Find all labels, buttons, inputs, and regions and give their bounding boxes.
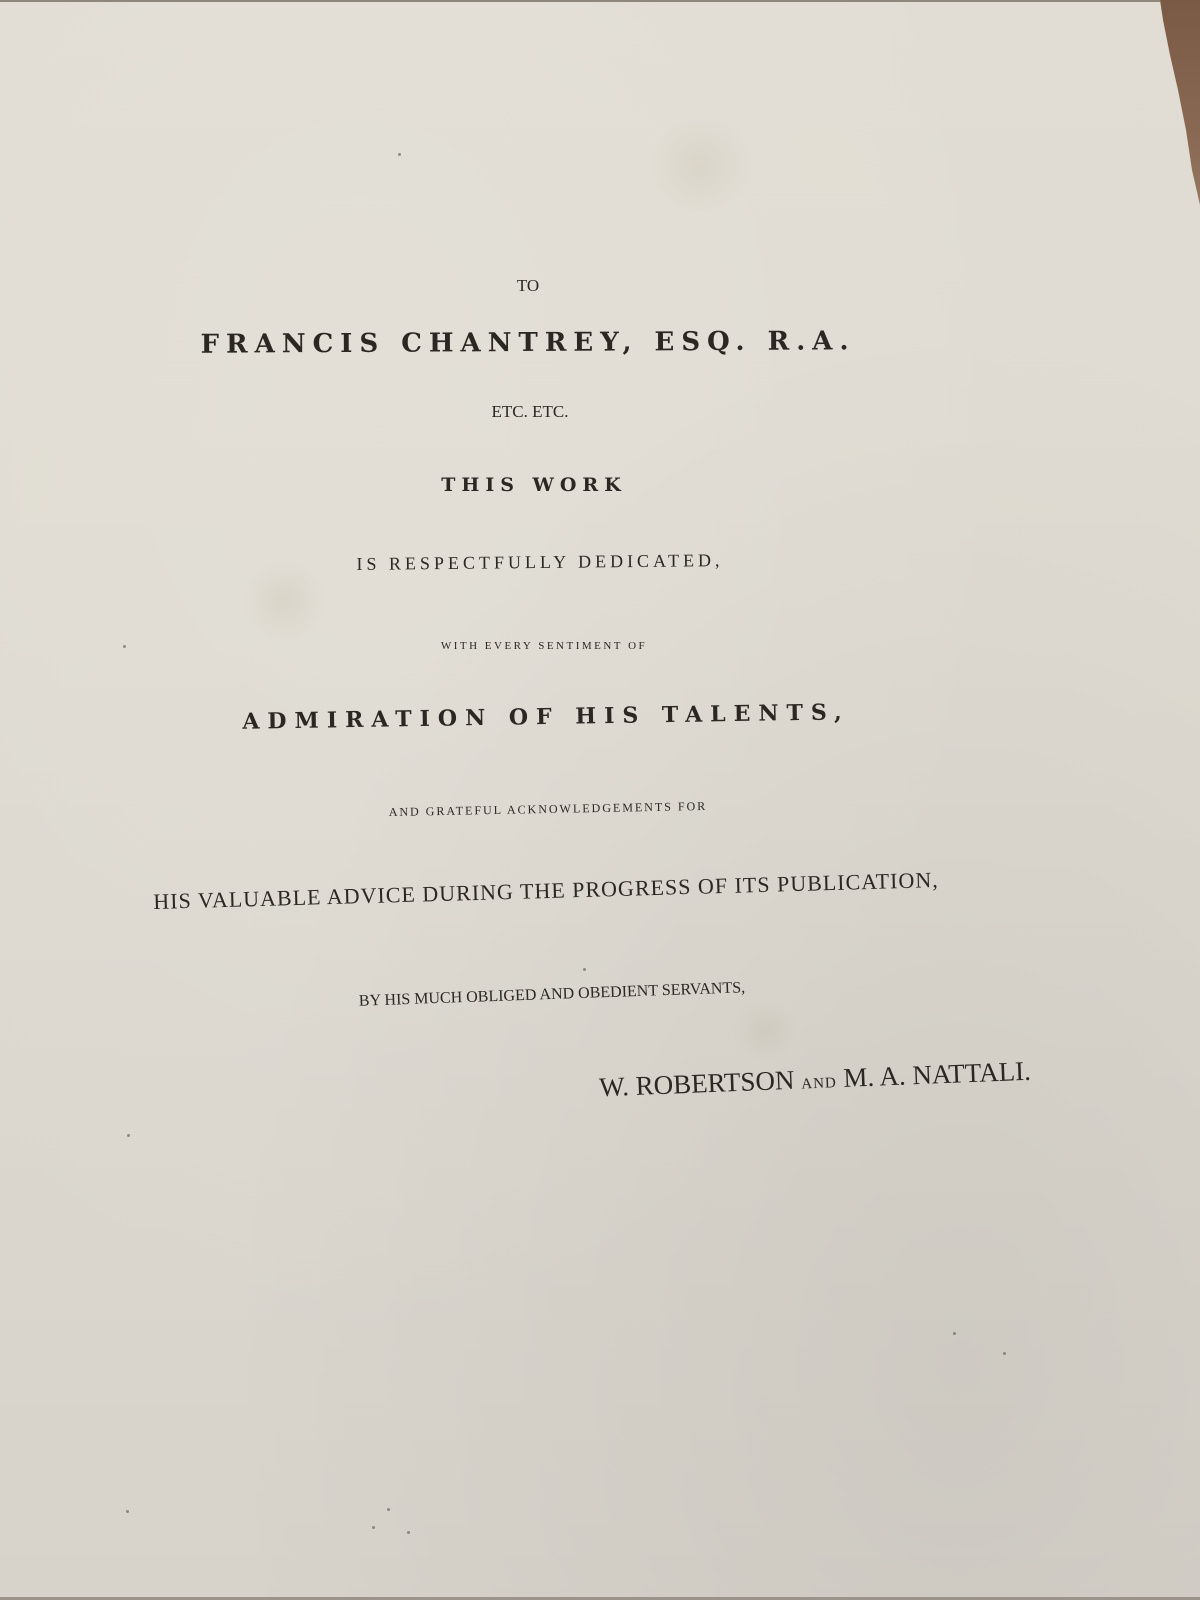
paper-stain (730, 1000, 800, 1060)
page-top-edge (0, 0, 1160, 2)
paper-speck (1003, 1352, 1006, 1355)
paper-speck (387, 1508, 390, 1511)
signatory-robertson: W. ROBERTSON (599, 1065, 795, 1102)
paper-speck (953, 1332, 956, 1335)
signature-conjunction: AND (801, 1075, 837, 1092)
paper-speck (127, 1134, 130, 1137)
book-page: TO FRANCIS CHANTREY, ESQ. R.A. ETC. ETC.… (0, 0, 1200, 1600)
signatory-nattali: M. A. NATTALI. (843, 1056, 1032, 1093)
paper-speck (407, 1531, 410, 1534)
signature-line: W. ROBERTSON AND M. A. NATTALI. (215, 1041, 1200, 1118)
respectfully-dedicated: IS RESPECTFULLY DEDICATED, (0, 546, 1140, 580)
admiration-line: ADMIRATION OF HIS TALENTS, (0, 695, 1146, 740)
dedicatee-etc: ETC. ETC. (0, 402, 1130, 422)
paper-speck (398, 153, 401, 156)
servants-line: BY HIS MUCH OBLIGED AND OBEDIENT SERVANT… (0, 965, 1152, 1025)
acknowledgements-line: AND GRATEFUL ACKNOWLEDGEMENTS FOR (0, 790, 1148, 828)
this-work-heading: THIS WORK (0, 474, 1134, 496)
paper-speck (583, 968, 586, 971)
advice-line: HIS VALUABLE ADVICE DURING THE PROGRESS … (0, 861, 1146, 920)
paper-speck (372, 1526, 375, 1529)
paper-stain (640, 120, 760, 210)
dedicatee-name: FRANCIS CHANTREY, ESQ. R.A. (0, 325, 1128, 361)
paper-speck (126, 1510, 129, 1513)
dedication-to: TO (0, 276, 1128, 296)
sentiment-line: WITH EVERY SENTIMENT OF (0, 640, 1144, 652)
